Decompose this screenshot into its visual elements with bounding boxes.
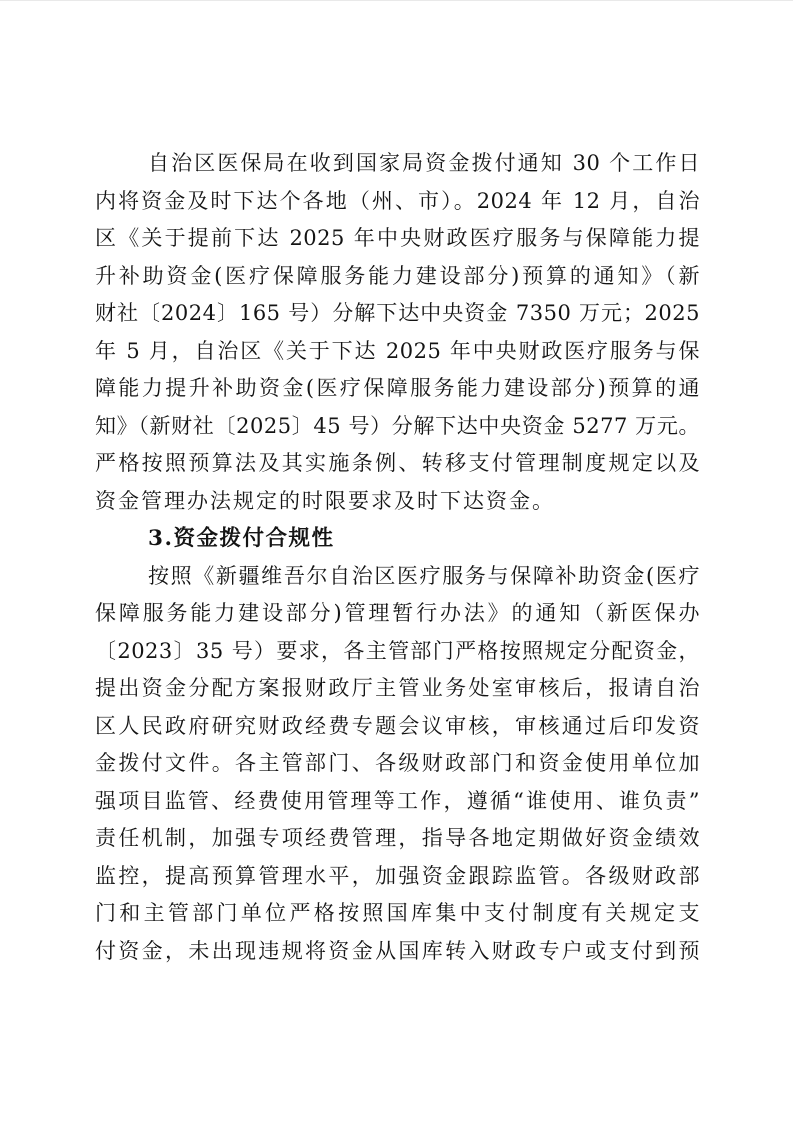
paragraph1-line-9: 严格按照预算法及其实施条例、转移支付管理制度规定以及 [95, 445, 700, 483]
paragraph1-line-7: 障能力提升补助资金(医疗保障服务能力建设部分)预算的通 [95, 370, 700, 408]
paragraph2-line-5: 区人民政府研究财政经费专题会议审核，审核通过后印发资 [95, 708, 700, 746]
paragraph1-line-10: 资金管理办法规定的时限要求及时下达资金。 [95, 483, 700, 521]
paragraph2-line-8: 责任机制，加强专项经费管理，指导各地定期做好资金绩效 [95, 820, 700, 858]
paragraph1-line-6: 年 5 月，自治区《关于下达 2025 年中央财政医疗服务与保 [95, 333, 700, 371]
paragraph1-line-4: 升补助资金(医疗保障服务能力建设部分)预算的通知》（新 [95, 258, 700, 296]
paragraph2-line-9: 监控，提高预算管理水平，加强资金跟踪监管。各级财政部 [95, 858, 700, 896]
document-page: 自治区医保局在收到国家局资金拨付通知 30 个工作日 内将资金及时下达个各地（州… [0, 0, 793, 1122]
paragraph1-line-8: 知》（新财社〔2025〕45 号）分解下达中央资金 5277 万元。 [95, 408, 700, 446]
paragraph2-line-2: 保障服务能力建设部分)管理暂行办法》的通知（新医保办 [95, 595, 700, 633]
document-text-block: 自治区医保局在收到国家局资金拨付通知 30 个工作日 内将资金及时下达个各地（州… [95, 145, 700, 970]
paragraph1-line-2: 内将资金及时下达个各地（州、市）。2024 年 12 月，自治 [95, 183, 700, 221]
paragraph1-line-3: 区《关于提前下达 2025 年中央财政医疗服务与保障能力提 [95, 220, 700, 258]
paragraph2-line-10: 门和主管部门单位严格按照国库集中支付制度有关规定支 [95, 895, 700, 933]
paragraph2-line-4: 提出资金分配方案报财政厅主管业务处室审核后，报请自治 [95, 670, 700, 708]
paragraph2-line-7: 强项目监管、经费使用管理等工作，遵循“谁使用、谁负责” [95, 783, 700, 821]
paragraph1-line-1: 自治区医保局在收到国家局资金拨付通知 30 个工作日 [95, 145, 700, 183]
paragraph1-line-5: 财社〔2024〕165 号）分解下达中央资金 7350 万元；2025 [95, 295, 700, 333]
paragraph2-line-1: 按照《新疆维吾尔自治区医疗服务与保障补助资金(医疗 [95, 558, 700, 596]
paragraph2-line-6: 金拨付文件。各主管部门、各级财政部门和资金使用单位加 [95, 745, 700, 783]
paragraph2-line-3: 〔2023〕35 号）要求，各主管部门严格按照规定分配资金， [95, 633, 700, 671]
paragraph2-line-11: 付资金，未出现违规将资金从国库转入财政专户或支付到预 [95, 933, 700, 971]
section-heading: 3.资金拨付合规性 [95, 520, 700, 558]
